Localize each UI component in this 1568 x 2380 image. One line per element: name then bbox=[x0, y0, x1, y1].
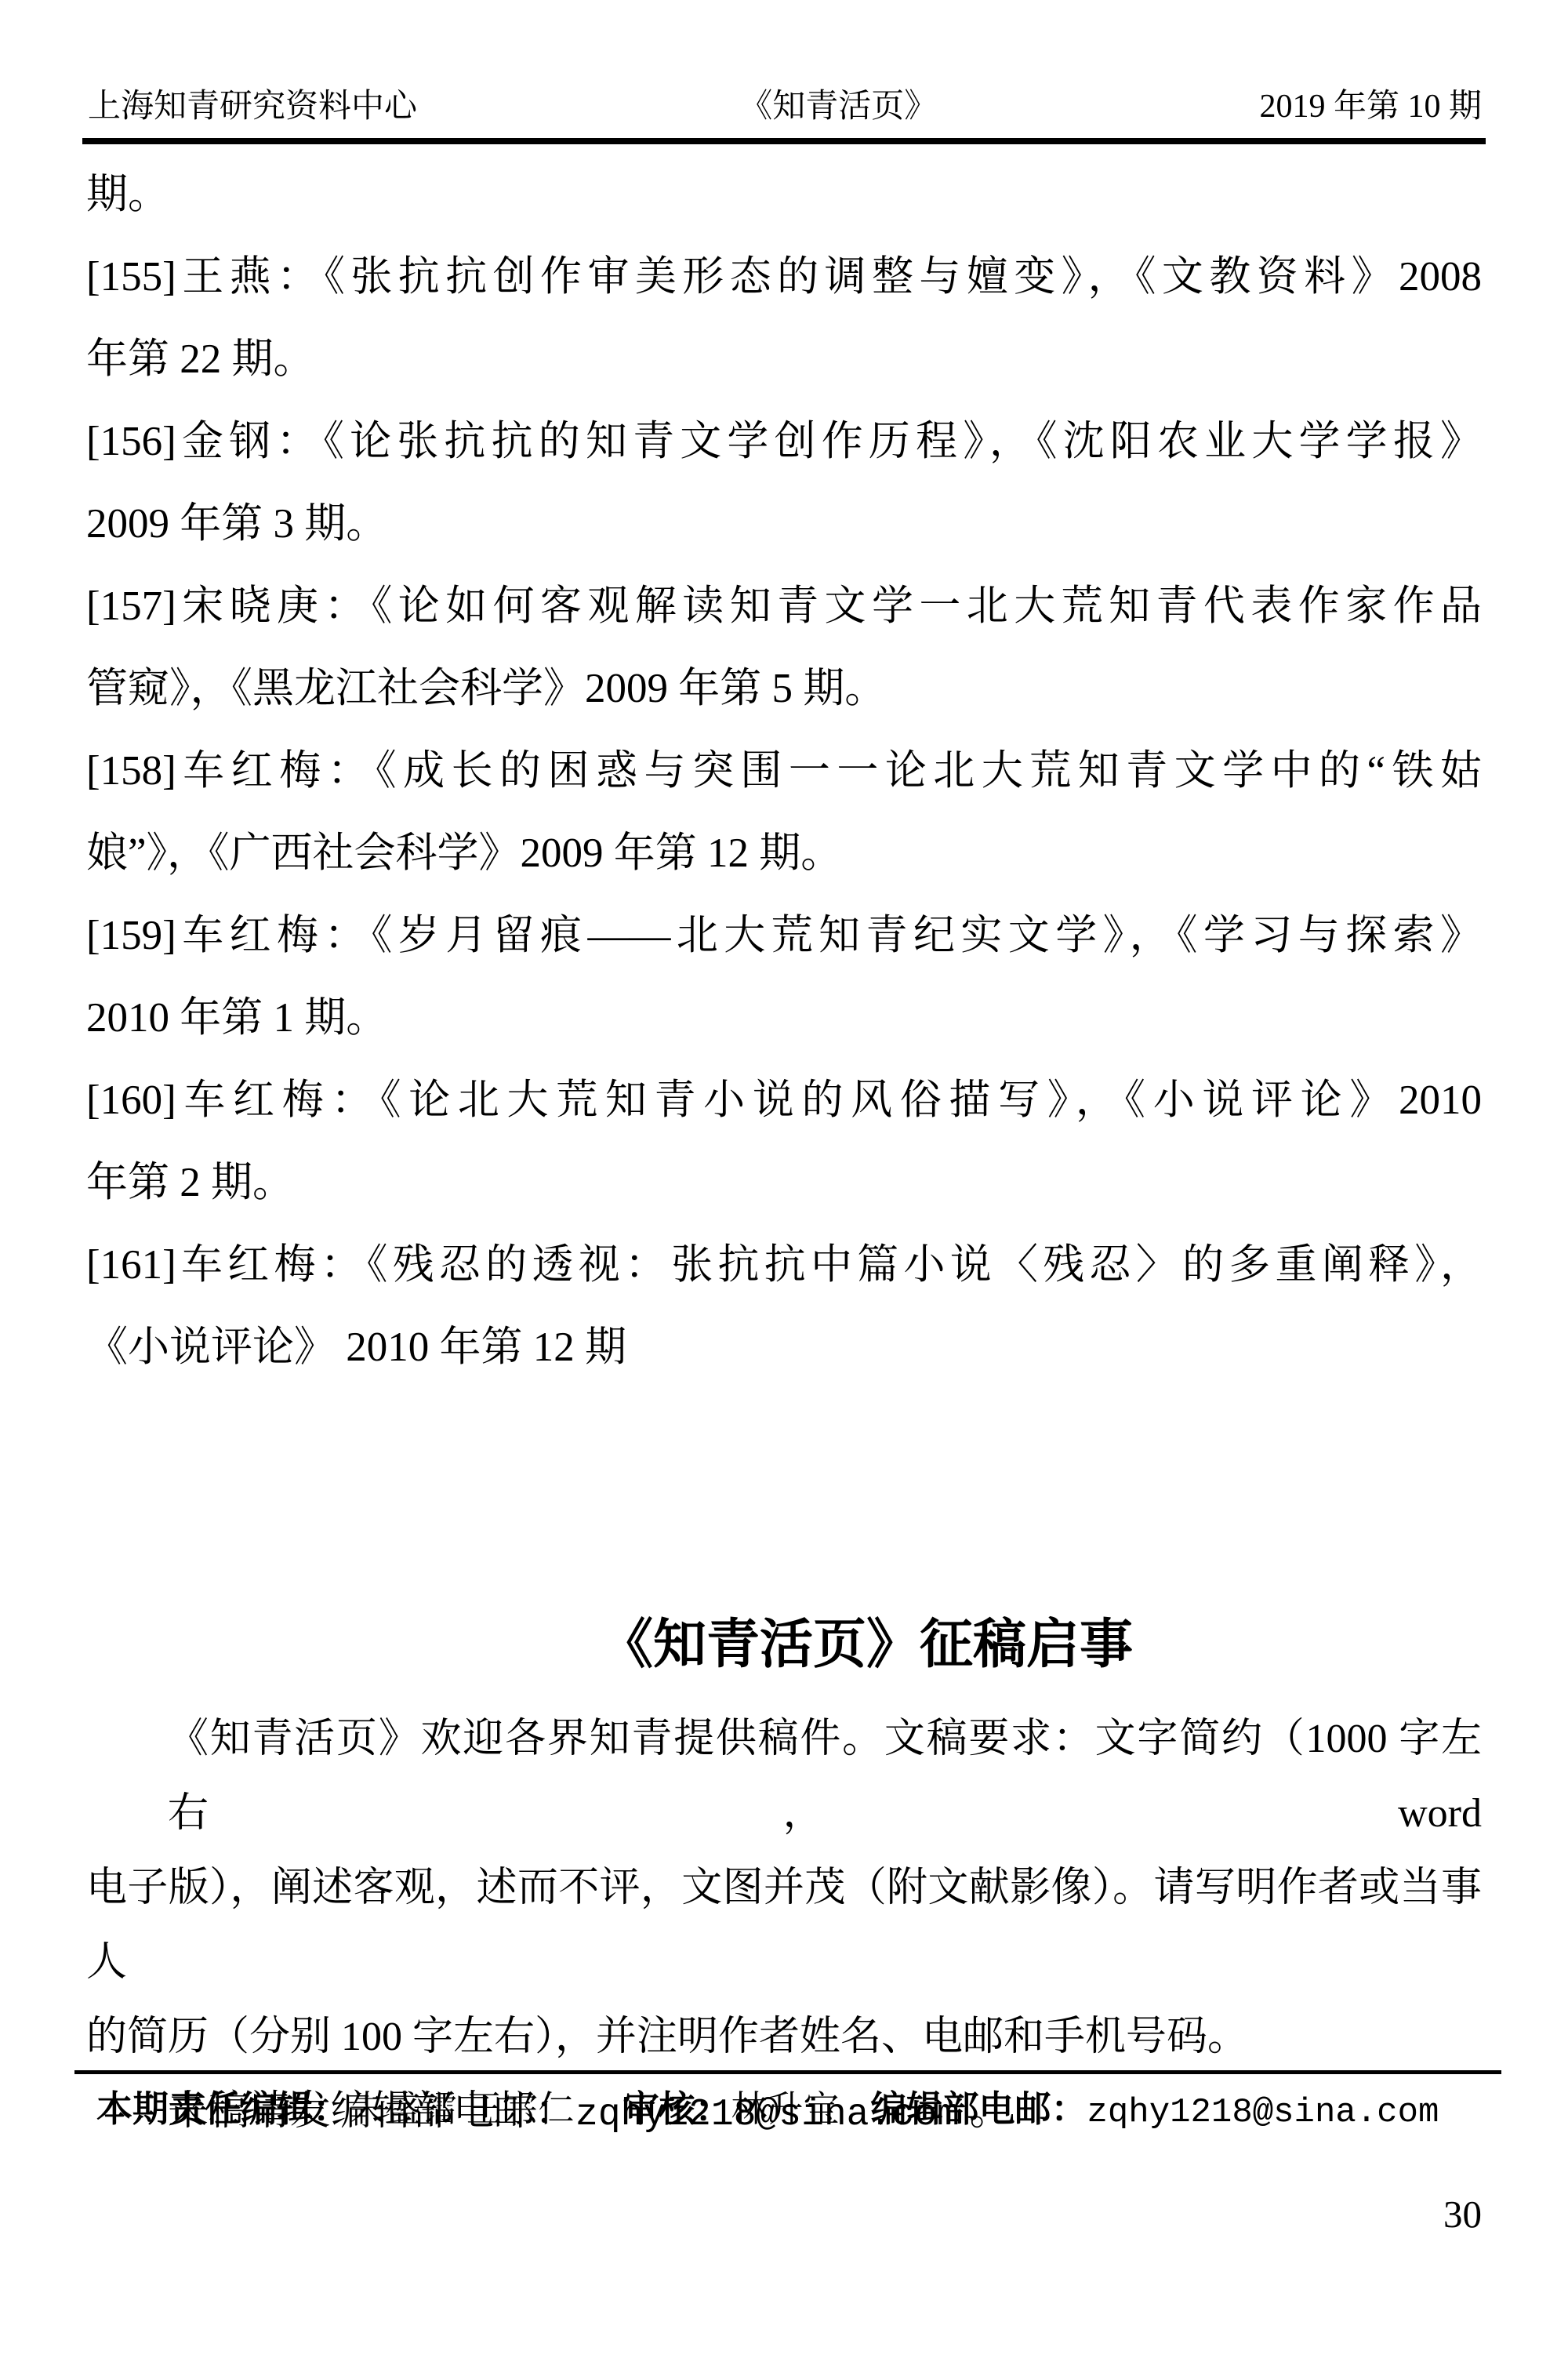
reference-line: 年第 2 期。 bbox=[86, 1142, 1482, 1224]
reference-line: 管窥》，《黑龙江社会科学》2009 年第 5 期。 bbox=[86, 648, 1482, 730]
document-page: 上海知青研究资料中心 《知青活页》 2019 年第 10 期 期。 [155]王… bbox=[0, 0, 1568, 2380]
page-header: 上海知青研究资料中心 《知青活页》 2019 年第 10 期 bbox=[88, 85, 1482, 129]
footer-email: zqhy1218@sina.com bbox=[1087, 2093, 1439, 2132]
page-number: 30 bbox=[1443, 2194, 1482, 2235]
reference-line: 2009 年第 3 期。 bbox=[86, 483, 1482, 565]
notice-line: 电子版），阐述客观，述而不评，文图并茂（附文献影像）。请写明作者或当事人 bbox=[86, 1851, 1482, 2000]
editors-label: 本期责任编辑： bbox=[96, 2088, 349, 2129]
editors-names: 朱盛镭 王宗仁 bbox=[349, 2089, 575, 2129]
reference-line: 期。 bbox=[86, 154, 1482, 236]
notice-line: 的简历（分别 100 字左右），并注明作者姓名、电邮和手机号码。 bbox=[86, 2000, 1482, 2074]
notice-line: 《知青活页》欢迎各界知青提供稿件。文稿要求：文字简约（1000 字左右，word bbox=[86, 1702, 1482, 1851]
notice-title: 《知青活页》征稿启事 bbox=[82, 1609, 1568, 1680]
page-footer: 本期责任编辑：朱盛镭 王宗仁审核：林升宝编辑部电邮：zqhy1218@sina.… bbox=[96, 2084, 1500, 2137]
reference-line: [160]车红梅：《论北大荒知青小说的风俗描写》，《小说评论》2010 bbox=[86, 1059, 1482, 1142]
header-rule bbox=[82, 138, 1486, 144]
reference-line: 《小说评论》 2010 年第 12 期 bbox=[86, 1306, 1482, 1389]
reference-line: 年第 22 期。 bbox=[86, 318, 1482, 401]
reference-line: 娘”》，《广西社会科学》2009 年第 12 期。 bbox=[86, 812, 1482, 895]
reference-list: 期。 [155]王燕：《张抗抗创作审美形态的调整与嬗变》，《文教资料》2008 … bbox=[86, 154, 1482, 1389]
footer-rule bbox=[74, 2070, 1501, 2074]
reviewer-label: 审核： bbox=[623, 2088, 731, 2129]
header-org: 上海知青研究资料中心 bbox=[88, 85, 417, 129]
reference-line: [156]金钢：《论张抗抗的知青文学创作历程》，《沈阳农业大学学报》 bbox=[86, 401, 1482, 483]
footer-email-label: 编辑部电邮： bbox=[871, 2088, 1087, 2129]
header-issue: 2019 年第 10 期 bbox=[1259, 85, 1482, 129]
reference-line: [159]车红梅：《岁月留痕——北大荒知青纪实文学》，《学习与探索》 bbox=[86, 895, 1482, 977]
reviewer-name: 林升宝 bbox=[731, 2089, 840, 2129]
reference-line: [155]王燕：《张抗抗创作审美形态的调整与嬗变》，《文教资料》2008 bbox=[86, 236, 1482, 318]
reference-line: [157]宋晓庚：《论如何客观解读知青文学一北大荒知青代表作家作品 bbox=[86, 565, 1482, 648]
reference-line: [161]车红梅：《残忍的透视：张抗抗中篇小说〈残忍〉的多重阐释》， bbox=[86, 1224, 1482, 1306]
header-publication: 《知青活页》 bbox=[739, 85, 937, 129]
reference-line: [158]车红梅：《成长的困惑与突围一一论北大荒知青文学中的“铁姑 bbox=[86, 730, 1482, 812]
reference-line: 2010 年第 1 期。 bbox=[86, 977, 1482, 1059]
